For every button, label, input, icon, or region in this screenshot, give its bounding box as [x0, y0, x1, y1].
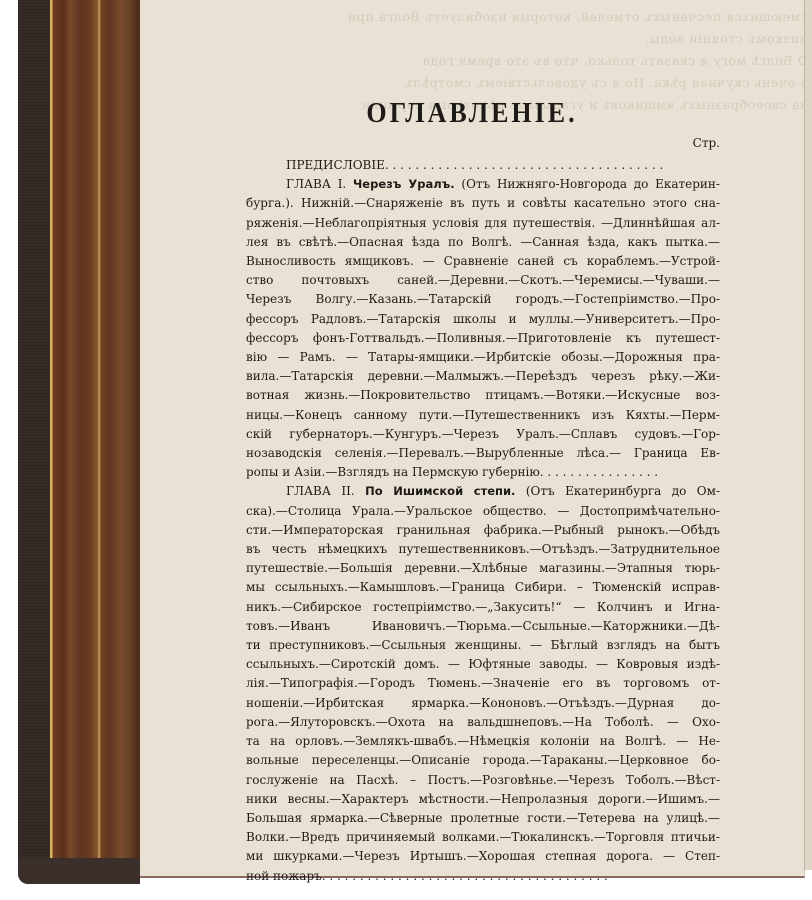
toc-line: въ честь нѣмецкихъ путешественниковъ.—От… — [246, 540, 720, 559]
toc-line: вила.—Татарскія деревни.—Малмыжъ.—Переѣз… — [246, 367, 720, 386]
toc-line: гослуженіе на Пасхѣ. – Постъ.—Розговѣнье… — [246, 771, 720, 790]
next-page-edge — [804, 0, 812, 870]
toc-line: ство почтовыхъ саней.—Деревни.—Скотъ.—Че… — [246, 271, 720, 290]
toc-line: фессоръ Радловъ.—Татарскія школы и муллы… — [246, 310, 720, 329]
toc-line: ми шкурками.—Черезъ Иртышъ.—Хорошая степ… — [246, 847, 720, 866]
toc-line: вольные переселенцы.—Описаніе города.—Та… — [246, 751, 720, 770]
page-title: ОГЛАВЛЕНІЕ. — [140, 97, 804, 130]
bleed-line: о очень скучная рѣка. Но я съ удовольств… — [248, 72, 808, 94]
toc-entry-chapter-2: ГЛАВА II. По Ишимской степи. (Отъ Екатер… — [246, 482, 720, 885]
toc-line: ряженія.—Неблагопріятныя условія для пут… — [246, 214, 720, 233]
toc-line: Большая ярмарка.—Сѣверные пролетные гост… — [246, 809, 720, 828]
toc-line: бурга.). Нижній.—Снаряженіе въ путь и со… — [246, 194, 720, 213]
toc-entry-preface: ПРЕДИСЛОВІЕ. . . . . . . . . . . . . . .… — [246, 156, 720, 175]
toc-line: ной пожаръ. . . . . . . . . . . . . . . … — [246, 867, 720, 886]
toc-line: товъ.—Иванъ Ивановичъ.—Тюрьма.—Ссыльные.… — [246, 617, 720, 636]
bleed-line: О Волгѣ могу я сказать только, что въ эт… — [248, 50, 808, 72]
entry-title: ПРЕДИСЛОВІЕ. . . . . . . . . . . . . . .… — [286, 158, 663, 172]
toc-line: ПРЕДИСЛОВІЕ. . . . . . . . . . . . . . .… — [246, 156, 720, 175]
toc-line: ницы.—Конецъ санному пути.—Путешественни… — [246, 406, 720, 425]
table-of-contents: ПРЕДИСЛОВІЕ. . . . . . . . . . . . . . .… — [246, 156, 720, 886]
page-column-label: Стр. — [693, 136, 720, 150]
toc-line: рога.—Ялуторовскъ.—Охота на вальдшнеповъ… — [246, 713, 720, 732]
toc-line: сти.—Императорская гранильная фабрика.—Р… — [246, 521, 720, 540]
toc-line: та на орловъ.—Землякъ-швабъ.—Нѣмецкія ко… — [246, 732, 720, 751]
toc-line: вію — Рамъ. — Татары-ямщики.—Ирбитскіе о… — [246, 348, 720, 367]
page-edges — [50, 0, 140, 870]
toc-line: Выносливость ямщиковъ. — Сравненіе саней… — [246, 252, 720, 271]
book-cover-cloth — [18, 0, 50, 884]
chapter-label: ГЛАВА II. — [286, 484, 355, 498]
chapter-subtitle: (Отъ Нижняго-Новгорода до Екатерин- — [461, 177, 720, 191]
toc-line: ропы и Азіи.—Взглядъ на Пермскую губерні… — [246, 463, 720, 482]
toc-line: ГЛАВА I. Черезъ Уралъ. (Отъ Нижняго-Новг… — [246, 175, 720, 194]
bleed-line: низкомъ стояніи воды. — [248, 28, 808, 50]
toc-line: вотная жизнь.—Покровительство птицамъ.—В… — [246, 386, 720, 405]
toc-line: скій губернаторъ.—Кунгуръ.—Черезъ Уралъ.… — [246, 425, 720, 444]
toc-line: ГЛАВА II. По Ишимской степи. (Отъ Екатер… — [246, 482, 720, 501]
bleed-line: смеющихся песчаныхъ отмелей, которыя изо… — [248, 6, 808, 28]
toc-line: лея въ свѣтѣ.—Опасная ѣзда по Волгѣ. —Са… — [246, 233, 720, 252]
toc-line: никъ.—Сибирское гостепріимство.—„Закусит… — [246, 598, 720, 617]
chapter-label: ГЛАВА I. — [286, 177, 346, 191]
toc-line: ношеніи.—Ирбитская ярмарка.—Кононовъ.—От… — [246, 694, 720, 713]
toc-line: путешествіе.—Большія деревни.—Хлѣбные ма… — [246, 559, 720, 578]
toc-line: лія.—Типографія.—Городъ Тюмень.—Значеніе… — [246, 674, 720, 693]
toc-line: мы ссыльныхъ.—Камышловъ.—Граница Сибири.… — [246, 578, 720, 597]
toc-line: Волки.—Вредъ причиняемый волками.—Тюкали… — [246, 828, 720, 847]
open-book: смеющихся песчаныхъ отмелей, которыя изо… — [18, 0, 812, 884]
toc-line: фессоръ фонъ-Готтвальдъ.—Поливныя.—Приго… — [246, 329, 720, 348]
chapter-name: По Ишимской степи. — [365, 484, 515, 498]
toc-line: ска).—Столица Урала.—Уральское общество.… — [246, 502, 720, 521]
chapter-subtitle: (Отъ Екатеринбурга до Ом- — [526, 484, 720, 498]
toc-line: ссыльныхъ.—Сиротскій домъ. — Юфтяные зав… — [246, 655, 720, 674]
chapter-name: Черезъ Уралъ. — [353, 177, 455, 191]
toc-line: ти преступниковъ.—Ссыльныя женщины. — Бѣ… — [246, 636, 720, 655]
toc-line: нозаводскія селенія.—Перевалъ.—Вырубленн… — [246, 444, 720, 463]
cover-bottom-corner — [18, 858, 140, 884]
toc-line: Черезъ Волгу.—Казань.—Татарскій городъ.—… — [246, 290, 720, 309]
book-page: смеющихся песчаныхъ отмелей, которыя изо… — [140, 0, 805, 878]
toc-line: ники весны.—Характеръ мѣстности.—Непрола… — [246, 790, 720, 809]
toc-entry-chapter-1: ГЛАВА I. Черезъ Уралъ. (Отъ Нижняго-Новг… — [246, 175, 720, 482]
